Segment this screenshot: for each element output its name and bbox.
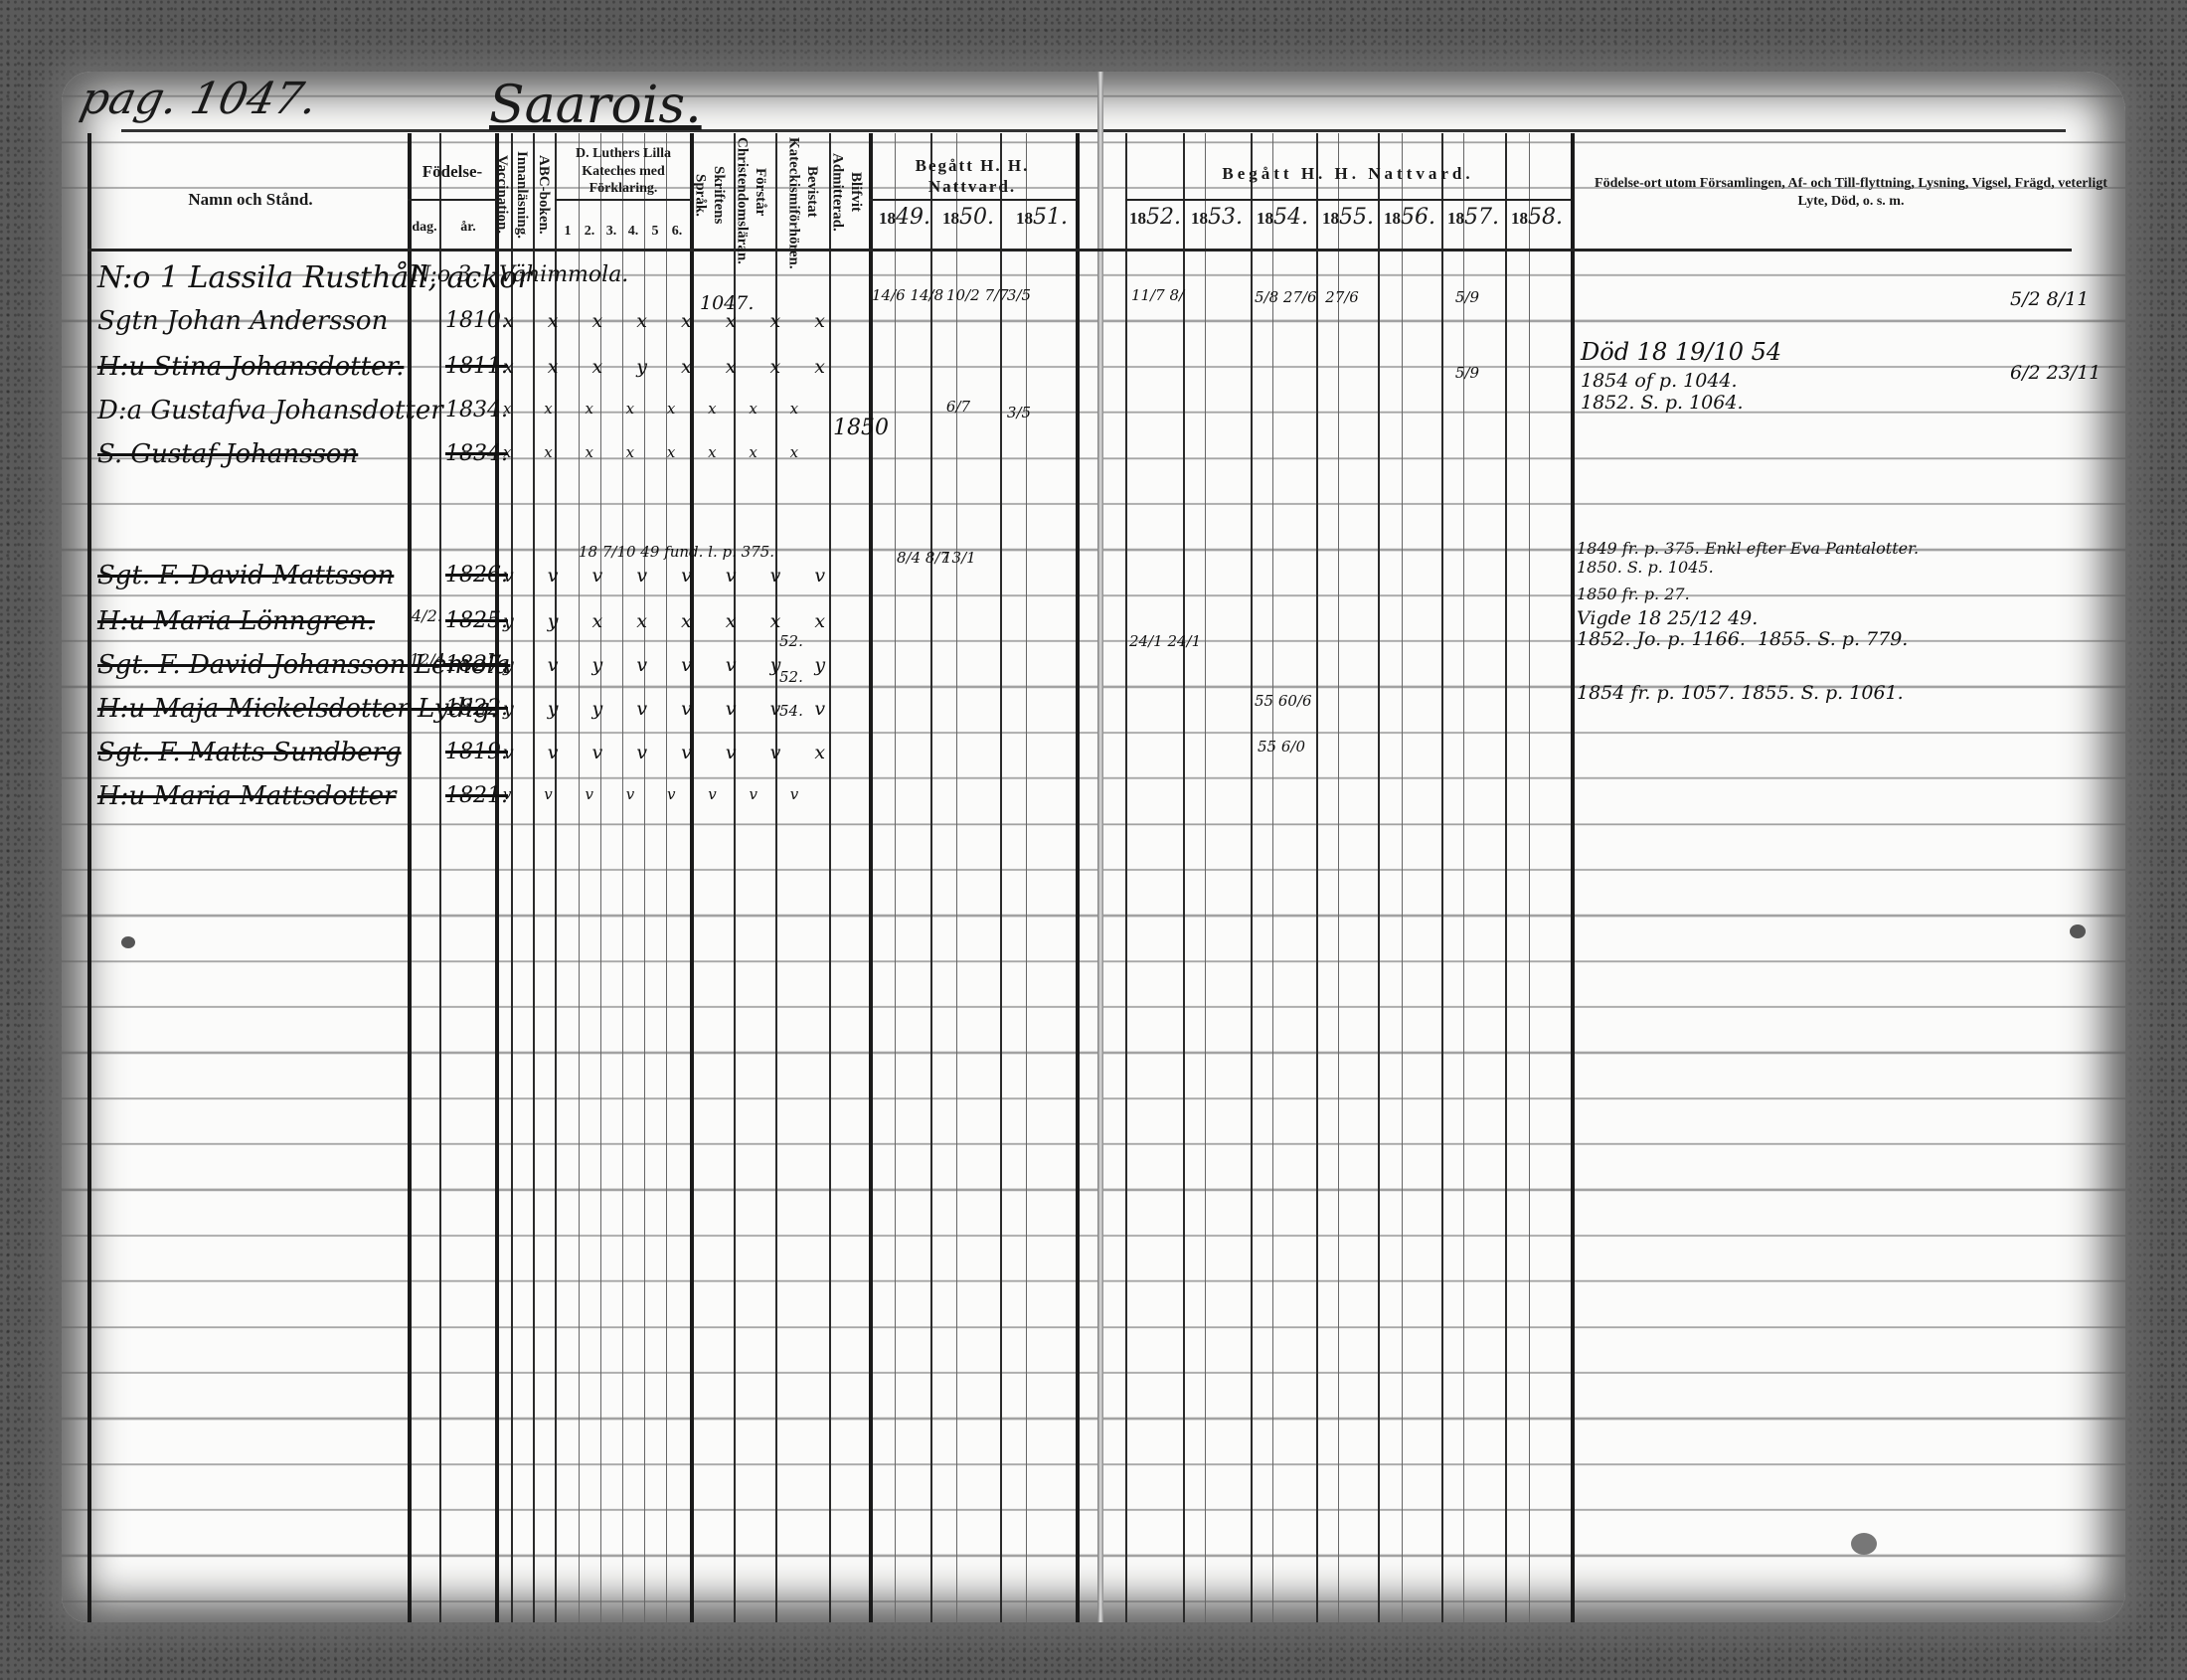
year-heading-1853: 1853.	[1191, 205, 1243, 230]
year-heading-1858: 1858.	[1511, 205, 1563, 230]
member-remark-right: 6/2 23/11	[2010, 362, 2101, 384]
rule-birth-day	[439, 133, 441, 1622]
member-remark: Död 18 19/10 54	[1581, 338, 1781, 366]
year-handwritten: 53.	[1208, 205, 1243, 230]
ink-blot	[1851, 1533, 1877, 1555]
rule-admitted	[869, 133, 873, 1622]
header-catechism-part-4: 4.	[622, 223, 644, 241]
header-catechism-part-6: 6.	[666, 223, 688, 241]
member-name: D:a Gustafva Johansdotter	[97, 396, 443, 425]
ink-blot	[2070, 924, 2086, 938]
member-name: Sgt. F. David Mattsson	[97, 561, 394, 590]
communion-entry: 8/4 8/7	[897, 551, 930, 567]
year-heading-1856: 1856.	[1384, 205, 1435, 230]
book-gutter	[1097, 72, 1103, 1622]
member-birth-year: 1819.	[445, 740, 508, 764]
member-marks: v v v v v v v v	[503, 565, 839, 587]
year-heading-1850: 1850.	[942, 205, 994, 230]
communion-entry: 27/6	[1322, 290, 1362, 306]
rule-r6b	[1529, 133, 1530, 1622]
member-note-above: 18 7/10 49 fund. l. p. 375.	[579, 543, 774, 561]
member-name: H:u Stina Johansdotter.	[97, 352, 404, 382]
member-confirmation: 54.	[779, 702, 803, 720]
member-marks: v v v v v v v v	[503, 785, 812, 803]
rule-c1	[895, 133, 896, 1622]
member-marks: x x x x x x x x	[503, 400, 812, 418]
communion-entry: 13/1	[942, 551, 972, 567]
rule-left-page-end	[1076, 133, 1080, 1622]
communion-left-sub-rule	[869, 199, 1076, 201]
rule-r6	[1505, 133, 1507, 1622]
year-printed: 18	[879, 209, 896, 228]
communion-entry: 3/5	[1006, 406, 1032, 421]
year-heading-1849: 1849.	[879, 205, 930, 230]
member-remark: 1850 fr. p. 27.	[1577, 585, 1690, 603]
year-handwritten: 49.	[896, 205, 930, 230]
rule-c2	[930, 133, 932, 1622]
member-birth-year: 1826.	[445, 563, 508, 588]
member-birth-year: 1810.	[445, 308, 508, 333]
rule-r3b	[1338, 133, 1339, 1622]
header-confirmation-class: Bevistat Kateckismiförhören.	[785, 137, 821, 247]
header-birth-year: år.	[441, 219, 495, 237]
year-handwritten: 58.	[1528, 205, 1563, 230]
header-communion-left: Begått H. H. Nattvard.	[873, 155, 1072, 198]
header-admitted: Blifvit Admitterad.	[835, 137, 865, 247]
member-birth-year: 1821.	[445, 783, 508, 808]
year-heading-1854: 1854.	[1257, 205, 1308, 230]
year-heading-1857: 1857.	[1447, 205, 1499, 230]
member-birth-year: 1822.	[445, 696, 508, 721]
catechism-sub-rule	[555, 199, 692, 201]
header-birth: Födelse-	[410, 161, 495, 182]
year-handwritten: 54.	[1273, 205, 1308, 230]
member-remark-right: 5/2 8/11	[2010, 288, 2089, 310]
year-handwritten: 56.	[1401, 205, 1435, 230]
communion-entry: 5/9	[1447, 290, 1487, 306]
member-remark: Vigde 18 25/12 49. 1852. Jo. p. 1166. 18…	[1577, 608, 1908, 650]
year-printed: 18	[1016, 209, 1033, 228]
member-marks: x x x x x x x x	[503, 443, 812, 461]
birth-sub-rule	[408, 199, 497, 201]
year-heading-1852: 1852.	[1129, 205, 1181, 230]
year-handwritten: 50.	[959, 205, 994, 230]
year-printed: 18	[1191, 209, 1208, 228]
communion-entry: 5/9	[1447, 366, 1487, 382]
header-abc-book: ABC-boken.	[537, 143, 553, 247]
communion-entry: 5/8 27/6	[1255, 290, 1314, 306]
register-page: pag. 1047. Saarois. Namn och Stånd. Föde…	[62, 72, 2125, 1622]
rule-r1	[1183, 133, 1185, 1622]
header-communion-right: Begått H. H. Nattvard.	[1129, 163, 1567, 184]
rule-c3	[956, 133, 957, 1622]
header-catechism: D. Luthers Lilla Kateches med Förklaring…	[557, 145, 690, 198]
communion-entry: 11/7 8/	[1131, 288, 1181, 304]
rule-r5	[1441, 133, 1443, 1622]
member-remark: 1854 fr. p. 1057. 1855. S. p. 1061.	[1577, 682, 1904, 704]
year-heading-1855: 1855.	[1322, 205, 1374, 230]
household-1-place: Vähimmola.	[499, 262, 628, 287]
communion-entry: 10/2 7/7	[946, 288, 990, 304]
member-birth-year: 1827.	[445, 652, 508, 677]
rule-r2b	[1272, 133, 1273, 1622]
communion-entry: 3/5	[1006, 288, 1032, 304]
member-marks: v v v v v v v x	[503, 742, 839, 763]
year-handwritten: 57.	[1464, 205, 1499, 230]
rule-r2	[1251, 133, 1253, 1622]
year-handwritten: 55.	[1339, 205, 1374, 230]
communion-entry: 55 6/0	[1255, 740, 1308, 756]
member-confirmation: 52.	[779, 668, 803, 686]
member-marks: x x x x x x x x	[503, 310, 839, 332]
household-1-number: N:o 3.	[412, 262, 478, 287]
header-catechism-part-5: 5	[644, 223, 666, 241]
header-scripture: Skriftens Språk.	[700, 143, 728, 247]
member-marks: x x x y x x x x	[503, 356, 839, 378]
year-printed: 18	[942, 209, 959, 228]
header-birth-day: dag.	[410, 219, 439, 237]
member-birth-day: 4/2.	[412, 606, 442, 625]
communion-entry: 55 60/6	[1255, 694, 1308, 710]
header-bottom-rule	[87, 249, 2072, 252]
header-name: Namn och Stånd.	[101, 189, 400, 210]
rule-r0	[1125, 133, 1127, 1622]
member-name: H:u Maja Mickelsdotter Lydig.	[97, 694, 498, 724]
year-handwritten: 52.	[1146, 205, 1181, 230]
member-birth-year: 1825.	[445, 608, 508, 633]
header-understands: Förstår Christendomsläran.	[740, 137, 769, 247]
header-remarks: Födelse-ort utom Församlingen, Af- och T…	[1583, 175, 2119, 210]
rule-r5b	[1463, 133, 1464, 1622]
rule-r4b	[1402, 133, 1403, 1622]
year-printed: 18	[1322, 209, 1339, 228]
ink-blot	[121, 936, 135, 948]
rule-c4	[1000, 133, 1002, 1622]
year-printed: 18	[1257, 209, 1273, 228]
member-name: Sgtn Johan Andersson	[97, 306, 388, 336]
member-name: S. Gustaf Johansson	[97, 439, 358, 469]
header-catechism-part-2: 2.	[579, 223, 600, 241]
member-name: H:u Maria Lönngren.	[97, 606, 375, 636]
header-catechism-part-3: 3.	[600, 223, 622, 241]
rule-r4	[1378, 133, 1380, 1622]
year-printed: 18	[1384, 209, 1401, 228]
year-printed: 18	[1447, 209, 1464, 228]
communion-entry: 24/1 24/1	[1129, 634, 1179, 650]
communion-right-sub-rule	[1125, 199, 1571, 201]
year-handwritten: 51.	[1033, 205, 1068, 230]
communion-entry: 14/6 14/8	[872, 288, 906, 304]
member-remark: 1854 of p. 1044.	[1581, 370, 1738, 392]
year-heading-1851: 1851.	[1016, 205, 1068, 230]
header-catechism-part-1: 1	[557, 223, 579, 241]
rule-left-margin	[87, 133, 91, 1622]
member-name: Sgt. F. Matts Sundberg	[97, 738, 402, 767]
year-printed: 18	[1511, 209, 1528, 228]
member-birth-year: 1834.	[445, 398, 508, 422]
rule-remarks-start	[1571, 133, 1575, 1622]
member-birth-year: 1834.	[445, 441, 508, 466]
member-remark: 1852. S. p. 1064.	[1581, 392, 1744, 414]
communion-entry: 6/7	[938, 400, 978, 416]
header-vaccination: Vaccination.	[497, 143, 511, 247]
member-marks: y y x x x x x x	[503, 610, 839, 632]
member-name: H:u Maria Mattsdotter	[97, 781, 396, 811]
rule-c5	[1026, 133, 1027, 1622]
header-rule	[121, 129, 2066, 132]
village-title: Saarois.	[489, 76, 702, 135]
rule-name-end	[408, 133, 412, 1622]
year-printed: 18	[1129, 209, 1146, 228]
member-confirmation: 52.	[779, 632, 803, 650]
member-scripture: 1047.	[700, 292, 754, 314]
member-admitted: 1850	[833, 416, 889, 440]
page-reference: pag. 1047.	[77, 74, 322, 124]
rule-r1b	[1205, 133, 1206, 1622]
member-remark: 1849 fr. p. 375. Enkl efter Eva Pantalot…	[1577, 539, 1919, 577]
member-birth-year: 1811.	[445, 354, 508, 379]
rule-r3	[1316, 133, 1318, 1622]
header-reading: Innanläsning.	[515, 143, 531, 247]
